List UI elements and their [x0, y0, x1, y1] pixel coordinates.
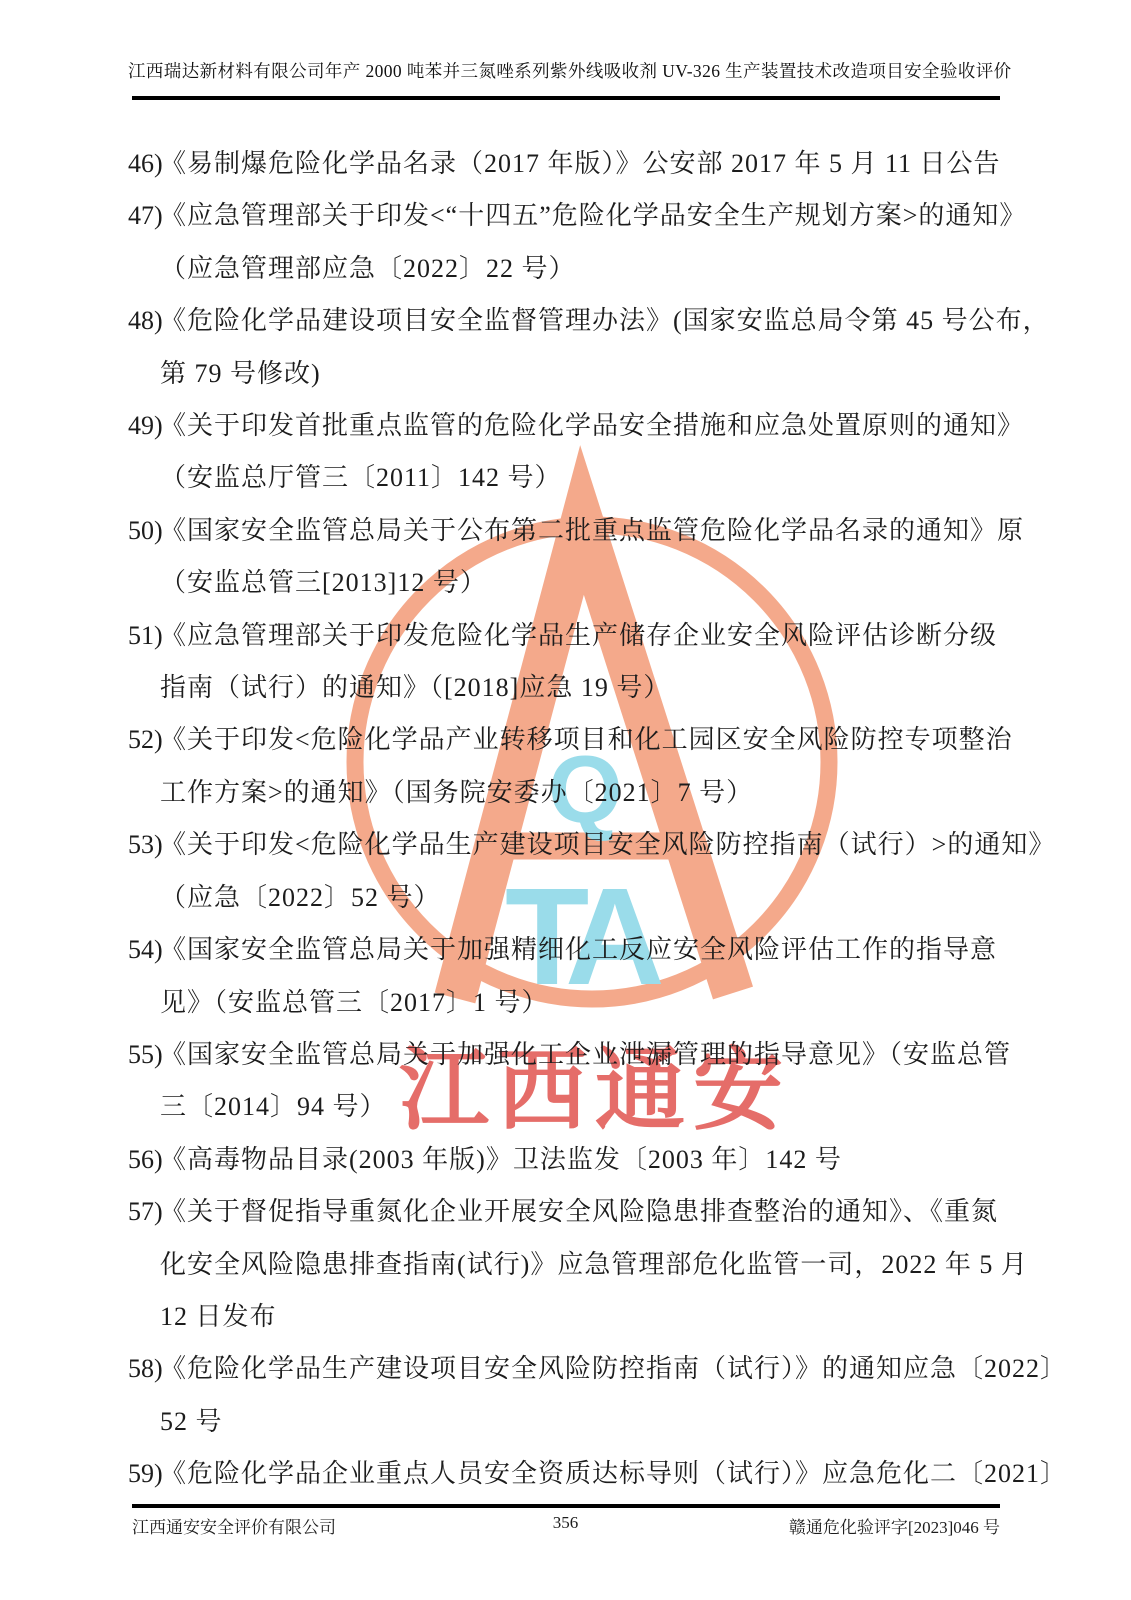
references-list: 46) 《易制爆危险化学品名录（2017 年版）》公安部 2017 年 5 月 …: [128, 138, 1048, 1501]
reference-line: 《危险化学品建设项目安全监督管理办法》(国家安监总局令第 45 号公布，: [160, 295, 1048, 347]
footer-rule: [132, 1504, 1000, 1508]
reference-item: 59) 《危险化学品企业重点人员安全资质达标导则（试行）》应急危化二〔2021〕: [128, 1448, 1048, 1500]
reference-line: 《关于印发<危险化学品生产建设项目安全风险防控指南（试行）>的通知》: [160, 819, 1048, 871]
reference-lines: 《国家安全监管总局关于加强精细化工反应安全风险评估工作的指导意见》（安监总管三〔…: [160, 924, 1048, 1029]
reference-item: 48) 《危险化学品建设项目安全监督管理办法》(国家安监总局令第 45 号公布，…: [128, 295, 1048, 400]
reference-number: 49): [128, 400, 163, 452]
reference-line: 《高毒物品目录(2003 年版)》卫法监发〔2003 年〕142 号: [160, 1134, 1048, 1186]
reference-line: （安监总厅管三〔2011〕142 号）: [160, 452, 1048, 504]
reference-item: 50) 《国家安全监管总局关于公布第二批重点监管危险化学品名录的通知》原（安监总…: [128, 505, 1048, 610]
reference-line: 工作方案>的通知》（国务院安委办〔2021〕7 号）: [160, 767, 1048, 819]
reference-line: 《关于督促指导重氮化企业开展安全风险隐患排查整治的通知》、《重氮: [160, 1186, 1048, 1238]
reference-item: 47) 《应急管理部关于印发<“十四五”危险化学品安全生产规划方案>的通知》（应…: [128, 190, 1048, 295]
reference-line: 三〔2014〕94 号）: [160, 1081, 1048, 1133]
reference-line: 《国家安全监管总局关于公布第二批重点监管危险化学品名录的通知》原: [160, 505, 1048, 557]
reference-item: 46) 《易制爆危险化学品名录（2017 年版）》公安部 2017 年 5 月 …: [128, 138, 1048, 190]
reference-lines: 《危险化学品生产建设项目安全风险防控指南（试行）》的通知应急〔2022〕52 号: [160, 1343, 1048, 1448]
reference-line: （应急管理部应急〔2022〕22 号）: [160, 243, 1048, 295]
reference-lines: 《关于印发<危险化学品生产建设项目安全风险防控指南（试行）>的通知》（应急〔20…: [160, 819, 1048, 924]
reference-number: 46): [128, 138, 163, 190]
reference-item: 49) 《关于印发首批重点监管的危险化学品安全措施和应急处置原则的通知》（安监总…: [128, 400, 1048, 505]
reference-number: 59): [128, 1448, 163, 1500]
reference-lines: 《易制爆危险化学品名录（2017 年版）》公安部 2017 年 5 月 11 日…: [160, 138, 1048, 190]
reference-line: 《国家安全监管总局关于加强精细化工反应安全风险评估工作的指导意: [160, 924, 1048, 976]
reference-lines: 《高毒物品目录(2003 年版)》卫法监发〔2003 年〕142 号: [160, 1134, 1048, 1186]
reference-item: 53) 《关于印发<危险化学品生产建设项目安全风险防控指南（试行）>的通知》（应…: [128, 819, 1048, 924]
reference-item: 55) 《国家安全监管总局关于加强化工企业泄漏管理的指导意见》（安监总管三〔20…: [128, 1029, 1048, 1134]
reference-item: 54) 《国家安全监管总局关于加强精细化工反应安全风险评估工作的指导意见》（安监…: [128, 924, 1048, 1029]
reference-item: 56) 《高毒物品目录(2003 年版)》卫法监发〔2003 年〕142 号: [128, 1134, 1048, 1186]
reference-number: 53): [128, 819, 163, 871]
reference-item: 52) 《关于印发<危险化学品产业转移项目和化工园区安全风险防控专项整治工作方案…: [128, 714, 1048, 819]
reference-number: 50): [128, 505, 163, 557]
reference-lines: 《关于督促指导重氮化企业开展安全风险隐患排查整治的通知》、《重氮化安全风险隐患排…: [160, 1186, 1048, 1343]
reference-lines: 《危险化学品企业重点人员安全资质达标导则（试行）》应急危化二〔2021〕: [160, 1448, 1048, 1500]
reference-line: 《危险化学品企业重点人员安全资质达标导则（试行）》应急危化二〔2021〕: [160, 1448, 1048, 1500]
reference-line: 《关于印发<危险化学品产业转移项目和化工园区安全风险防控专项整治: [160, 714, 1048, 766]
header-rule: [132, 96, 1000, 100]
reference-item: 58) 《危险化学品生产建设项目安全风险防控指南（试行）》的通知应急〔2022〕…: [128, 1343, 1048, 1448]
reference-lines: 《关于印发首批重点监管的危险化学品安全措施和应急处置原则的通知》（安监总厅管三〔…: [160, 400, 1048, 505]
document-page: Q TA 江西通安 江西瑞达新材料有限公司年产 2000 吨苯并三氮唑系列紫外线…: [0, 0, 1131, 1600]
reference-lines: 《应急管理部关于印发<“十四五”危险化学品安全生产规划方案>的通知》（应急管理部…: [160, 190, 1048, 295]
reference-number: 55): [128, 1029, 163, 1081]
reference-lines: 《国家安全监管总局关于公布第二批重点监管危险化学品名录的通知》原（安监总管三[2…: [160, 505, 1048, 610]
reference-line: 《关于印发首批重点监管的危险化学品安全措施和应急处置原则的通知》: [160, 400, 1048, 452]
reference-line: 化安全风险隐患排查指南(试行)》应急管理部危化监管一司，2022 年 5 月: [160, 1239, 1048, 1291]
reference-line: （安监总管三[2013]12 号）: [160, 557, 1048, 609]
reference-lines: 《危险化学品建设项目安全监督管理办法》(国家安监总局令第 45 号公布，第 79…: [160, 295, 1048, 400]
reference-lines: 《国家安全监管总局关于加强化工企业泄漏管理的指导意见》（安监总管三〔2014〕9…: [160, 1029, 1048, 1134]
reference-lines: 《关于印发<危险化学品产业转移项目和化工园区安全风险防控专项整治工作方案>的通知…: [160, 714, 1048, 819]
reference-line: 《易制爆危险化学品名录（2017 年版）》公安部 2017 年 5 月 11 日…: [160, 138, 1048, 190]
reference-item: 51) 《应急管理部关于印发危险化学品生产储存企业安全风险评估诊断分级指南（试行…: [128, 610, 1048, 715]
reference-number: 51): [128, 610, 163, 662]
reference-line: 见》（安监总管三〔2017〕1 号）: [160, 977, 1048, 1029]
reference-number: 54): [128, 924, 163, 976]
reference-line: 《应急管理部关于印发<“十四五”危险化学品安全生产规划方案>的通知》: [160, 190, 1048, 242]
reference-line: 52 号: [160, 1396, 1048, 1448]
reference-line: 《国家安全监管总局关于加强化工企业泄漏管理的指导意见》（安监总管: [160, 1029, 1048, 1081]
reference-number: 47): [128, 190, 163, 242]
reference-number: 48): [128, 295, 163, 347]
header-title: 江西瑞达新材料有限公司年产 2000 吨苯并三氮唑系列紫外线吸收剂 UV-326…: [128, 58, 1003, 83]
reference-item: 57) 《关于督促指导重氮化企业开展安全风险隐患排查整治的通知》、《重氮化安全风…: [128, 1186, 1048, 1343]
reference-line: 12 日发布: [160, 1291, 1048, 1343]
reference-number: 57): [128, 1186, 163, 1238]
footer-doc-number: 赣通危化验评字[2023]046 号: [128, 1513, 1000, 1538]
reference-number: 56): [128, 1134, 163, 1186]
reference-lines: 《应急管理部关于印发危险化学品生产储存企业安全风险评估诊断分级指南（试行）的通知…: [160, 610, 1048, 715]
reference-number: 52): [128, 714, 163, 766]
reference-line: （应急〔2022〕52 号）: [160, 872, 1048, 924]
reference-line: 指南（试行）的通知》（[2018]应急 19 号）: [160, 662, 1048, 714]
reference-line: 《应急管理部关于印发危险化学品生产储存企业安全风险评估诊断分级: [160, 610, 1048, 662]
reference-line: 《危险化学品生产建设项目安全风险防控指南（试行）》的通知应急〔2022〕: [160, 1343, 1048, 1395]
reference-line: 第 79 号修改): [160, 348, 1048, 400]
reference-number: 58): [128, 1343, 163, 1395]
